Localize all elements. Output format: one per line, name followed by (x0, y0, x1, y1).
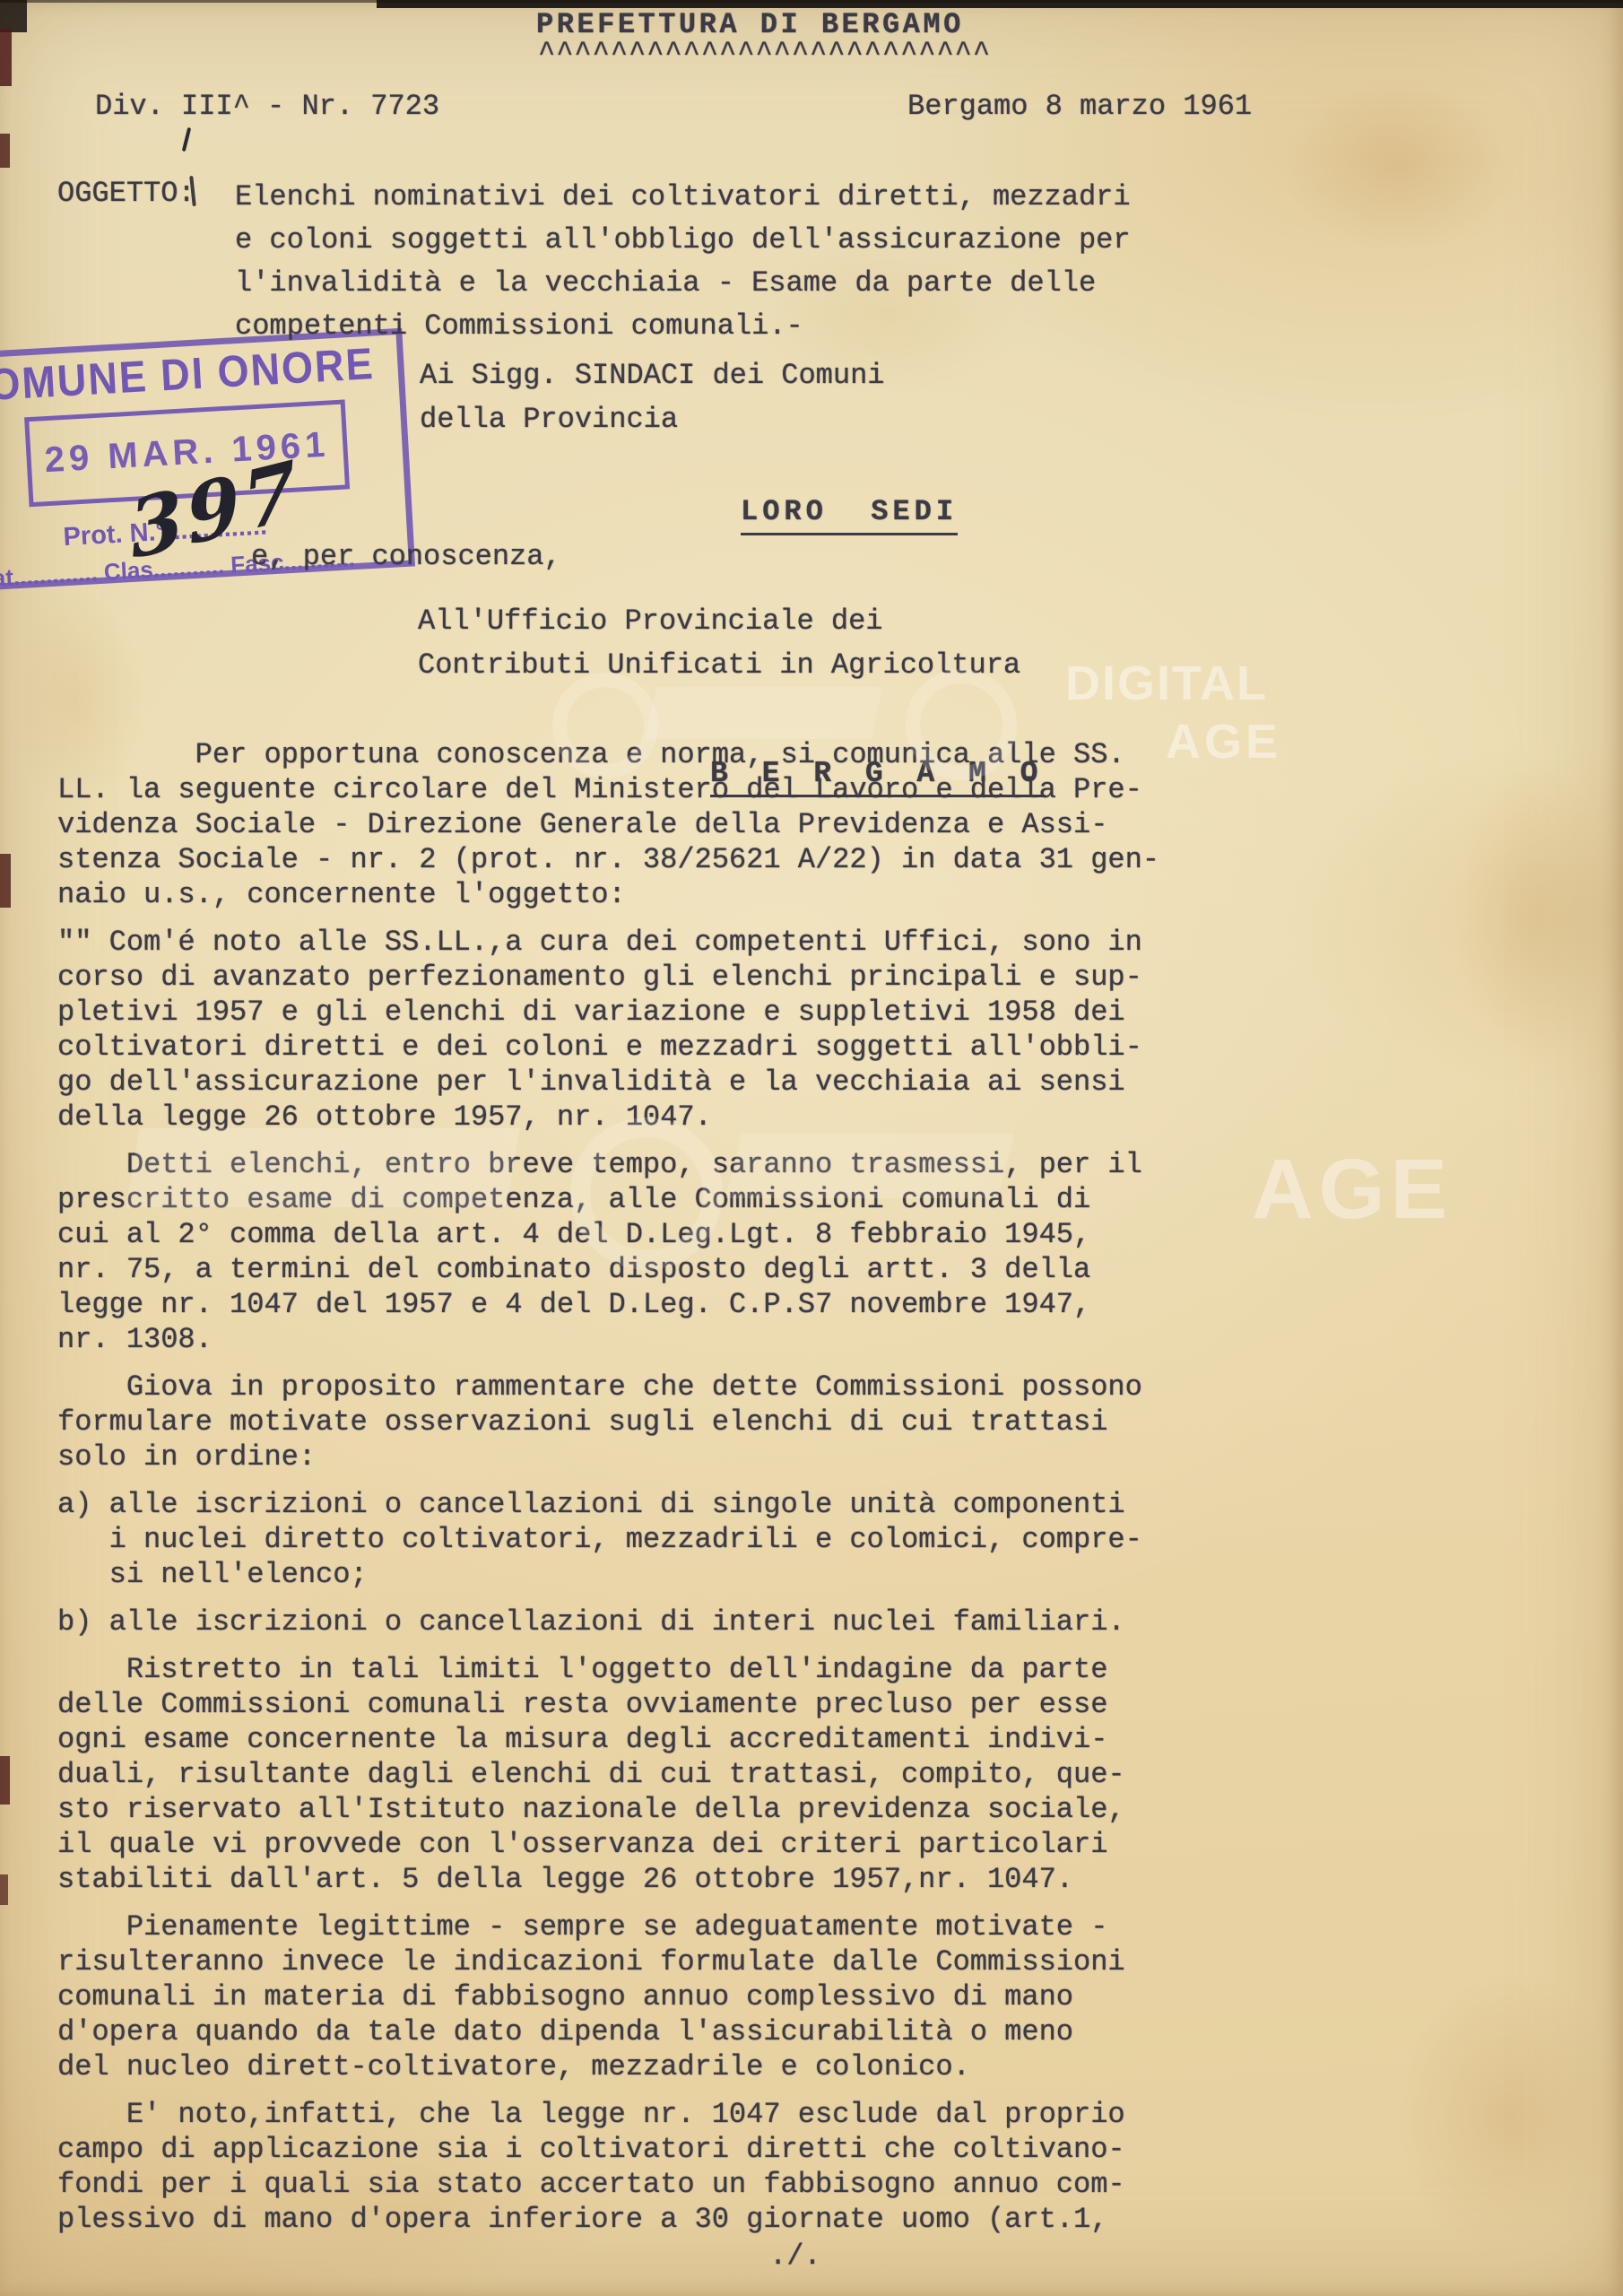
subject-label: OGGETTO: (57, 176, 195, 211)
scan-edge-artifact (0, 134, 10, 168)
scanned-letter-page: PREFETTURA DI BERGAMO ^^^^^^^^^^^^^^^^^^… (0, 0, 1623, 2296)
body-paragraph: Giova in proposito rammentare che dette … (57, 1370, 1159, 1474)
watermark-text-age-large: AGE (1252, 1141, 1453, 1239)
cc-recipient-line-1: All'Ufficio Provinciale dei (418, 604, 882, 639)
body-paragraph: Ristretto in tali limiti l'oggetto dell'… (57, 1652, 1159, 1897)
scan-edge-artifact (0, 0, 27, 32)
letter-body: Per opportuna conoscenza e norma, si com… (57, 737, 1159, 2249)
watermark-text-age: AGE (1166, 714, 1281, 770)
letterhead-caret-underline: ^^^^^^^^^^^^^^^^^^^^^^^^^ (538, 36, 991, 71)
recipient-line-2: della Provincia (420, 402, 678, 437)
body-paragraph: "" Com'é noto alle SS.LL.,a cura dei com… (57, 925, 1159, 1135)
scan-edge-artifact (0, 29, 12, 86)
body-list-item-a: a) alle iscrizioni o cancellazioni di si… (57, 1487, 1159, 1592)
scan-edge-artifact (0, 854, 11, 908)
loro-sedi-line: LORO SEDI (741, 494, 958, 535)
continuation-mark: ./. (769, 2239, 821, 2274)
paper-stain (1282, 81, 1515, 251)
paper-stain (1453, 762, 1614, 1067)
scan-edge-artifact (0, 0, 1623, 3)
cc-intro-line: e, per conoscenza, (251, 539, 561, 574)
body-paragraph: Pienamente legittime - sempre se adeguat… (57, 1909, 1159, 2084)
watermark-logo-shape (646, 687, 882, 739)
body-list-item-b: b) alle iscrizioni o cancellazioni di in… (57, 1605, 1159, 1639)
subject-text: Elenchi nominativi dei coltivatori diret… (235, 176, 1131, 348)
cc-recipient-line-2: Contributi Unificati in Agricoltura (418, 648, 1020, 683)
pen-mark (182, 127, 191, 152)
scan-edge-artifact (0, 1756, 10, 1805)
paper-stain (1399, 1973, 1623, 2260)
recipient-line-1: Ai Sigg. SINDACI dei Comuni (420, 358, 884, 393)
body-paragraph: Detti elenchi, entro breve tempo, sarann… (57, 1147, 1159, 1357)
place-date-line: Bergamo 8 marzo 1961 (907, 89, 1252, 124)
body-paragraph: E' noto,infatti, che la legge nr. 1047 e… (57, 2097, 1159, 2237)
watermark-text-digital: DIGITAL (1065, 656, 1268, 711)
scan-edge-artifact (0, 1874, 8, 1905)
body-paragraph: Per opportuna conoscenza e norma, si com… (57, 737, 1159, 912)
division-protocol-number: Div. III^ - Nr. 7723 (95, 89, 439, 124)
